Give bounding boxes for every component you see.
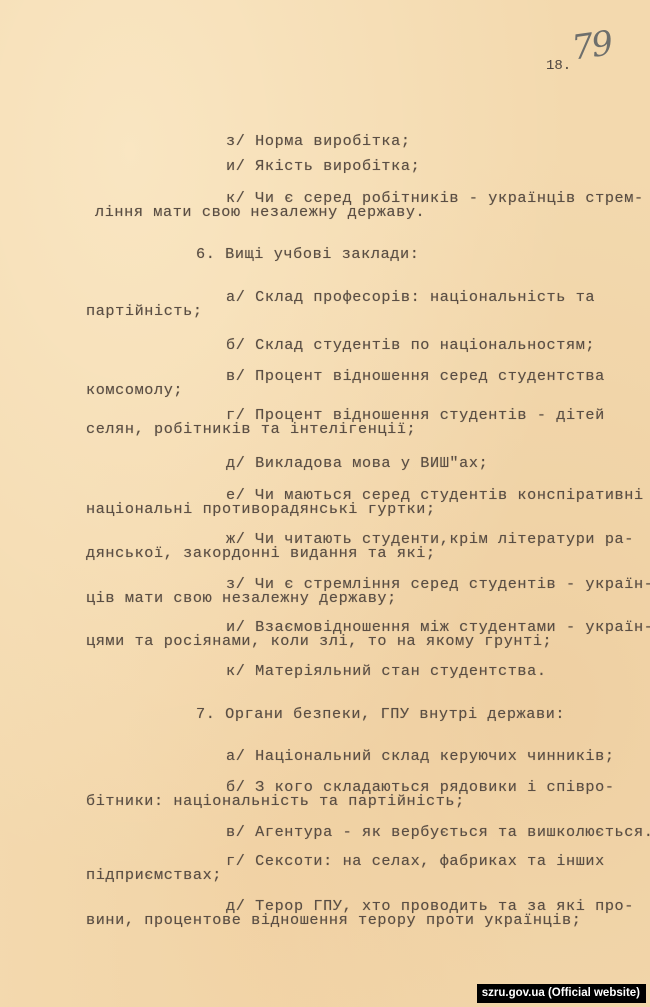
text-line: в/ Агентура - як вербується та вишколюєт… — [226, 823, 650, 841]
text-line: селян, робітників та інтелігенції; — [86, 420, 416, 438]
page-number: 18. — [546, 58, 571, 74]
text-line: комсомолу; — [86, 381, 183, 399]
text-line: з/ Норма виробітка; — [226, 132, 411, 150]
source-watermark: szru.gov.ua (Official website) — [477, 984, 646, 1003]
text-line: в/ Процент відношення серед студентства — [226, 367, 605, 385]
text-line: а/ Національний склад керуючих чинників; — [226, 747, 615, 765]
text-line: вини, процентове відношення терору проти… — [86, 911, 581, 929]
text-line: г/ Сексоти: на селах, фабриках та інших — [226, 852, 605, 870]
text-line: ління мати свою незалежну державу. — [95, 203, 425, 221]
text-line: к/ Матеріяльний стан студентства. — [226, 662, 547, 680]
typewritten-document-page: 79 18. з/ Норма виробітка;и/ Якість виро… — [0, 0, 650, 1007]
text-line: ців мати свою незалежну державу; — [86, 589, 397, 607]
text-line: підприємствах; — [86, 866, 222, 884]
text-line: 6. Вищі учбові заклади: — [196, 245, 419, 263]
text-line: 7. Органи безпеки, ГПУ внутрі держави: — [196, 705, 565, 723]
text-line: бітники: національність та партійність; — [86, 792, 465, 810]
handwritten-folio-number: 79 — [569, 23, 613, 68]
text-line: а/ Склад професорів: національність та — [226, 288, 595, 306]
text-line: національні противорадянські гуртки; — [86, 500, 436, 518]
text-line: дянської, закордонні видання та які; — [86, 544, 436, 562]
text-line: б/ Склад студентів по національностям; — [226, 336, 595, 354]
text-line: партійність; — [86, 302, 203, 320]
text-line: и/ Якість виробітка; — [226, 157, 420, 175]
text-line: д/ Викладова мова у ВИШ"ах; — [226, 454, 488, 472]
text-line: цями та росіянами, коли злі, то на якому… — [86, 632, 552, 650]
